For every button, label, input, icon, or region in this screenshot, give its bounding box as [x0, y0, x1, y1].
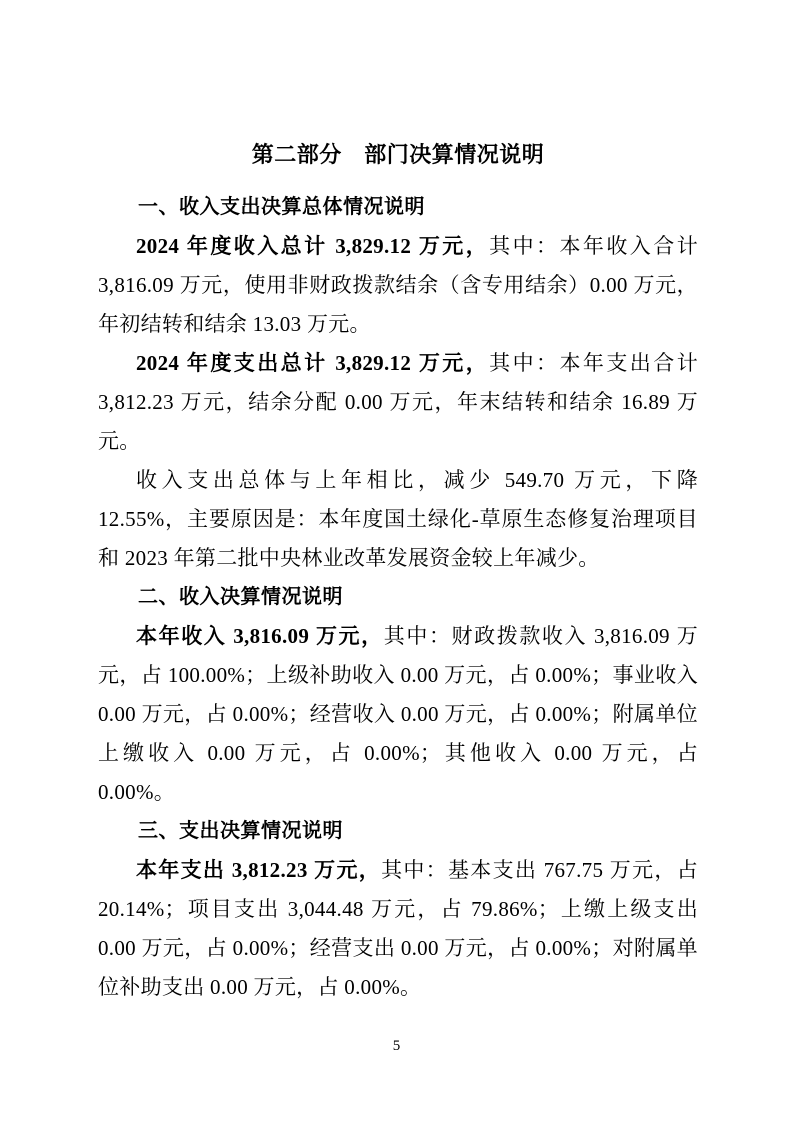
paragraph-text: 收入支出总体与上年相比，减少 549.70 万元，下降 12.55%，主要原因是… — [98, 468, 698, 570]
page-number: 5 — [0, 1037, 793, 1055]
section-2-heading: 二、收入决算情况说明 — [98, 578, 698, 617]
document-title: 第二部分 部门决算情况说明 — [98, 140, 698, 170]
section-3-heading: 三、支出决算情况说明 — [98, 812, 698, 851]
paragraph-income-detail: 本年收入 3,816.09 万元，其中：财政拨款收入 3,816.09 万元，占… — [98, 617, 698, 812]
document-content: 第二部分 部门决算情况说明 一、收入支出决算总体情况说明 2024 年度收入总计… — [98, 140, 698, 1007]
paragraph-lead: 2024 年度收入总计 3,829.12 万元， — [136, 234, 489, 258]
paragraph-expenditure-detail: 本年支出 3,812.23 万元，其中：基本支出 767.75 万元，占 20.… — [98, 851, 698, 1007]
paragraph-expenditure-total: 2024 年度支出总计 3,829.12 万元，其中：本年支出合计 3,812.… — [98, 344, 698, 461]
document-page: 第二部分 部门决算情况说明 一、收入支出决算总体情况说明 2024 年度收入总计… — [0, 0, 793, 1122]
paragraph-lead: 本年支出 3,812.23 万元， — [136, 858, 381, 882]
paragraph-income-total: 2024 年度收入总计 3,829.12 万元，其中：本年收入合计 3,816.… — [98, 227, 698, 344]
paragraph-lead: 本年收入 3,816.09 万元， — [136, 624, 384, 648]
paragraph-year-comparison: 收入支出总体与上年相比，减少 549.70 万元，下降 12.55%，主要原因是… — [98, 461, 698, 578]
section-1-heading: 一、收入支出决算总体情况说明 — [98, 188, 698, 227]
paragraph-lead: 2024 年度支出总计 3,829.12 万元， — [136, 351, 489, 375]
paragraph-text: 其中：财政拨款收入 3,816.09 万元，占 100.00%；上级补助收入 0… — [98, 624, 698, 804]
